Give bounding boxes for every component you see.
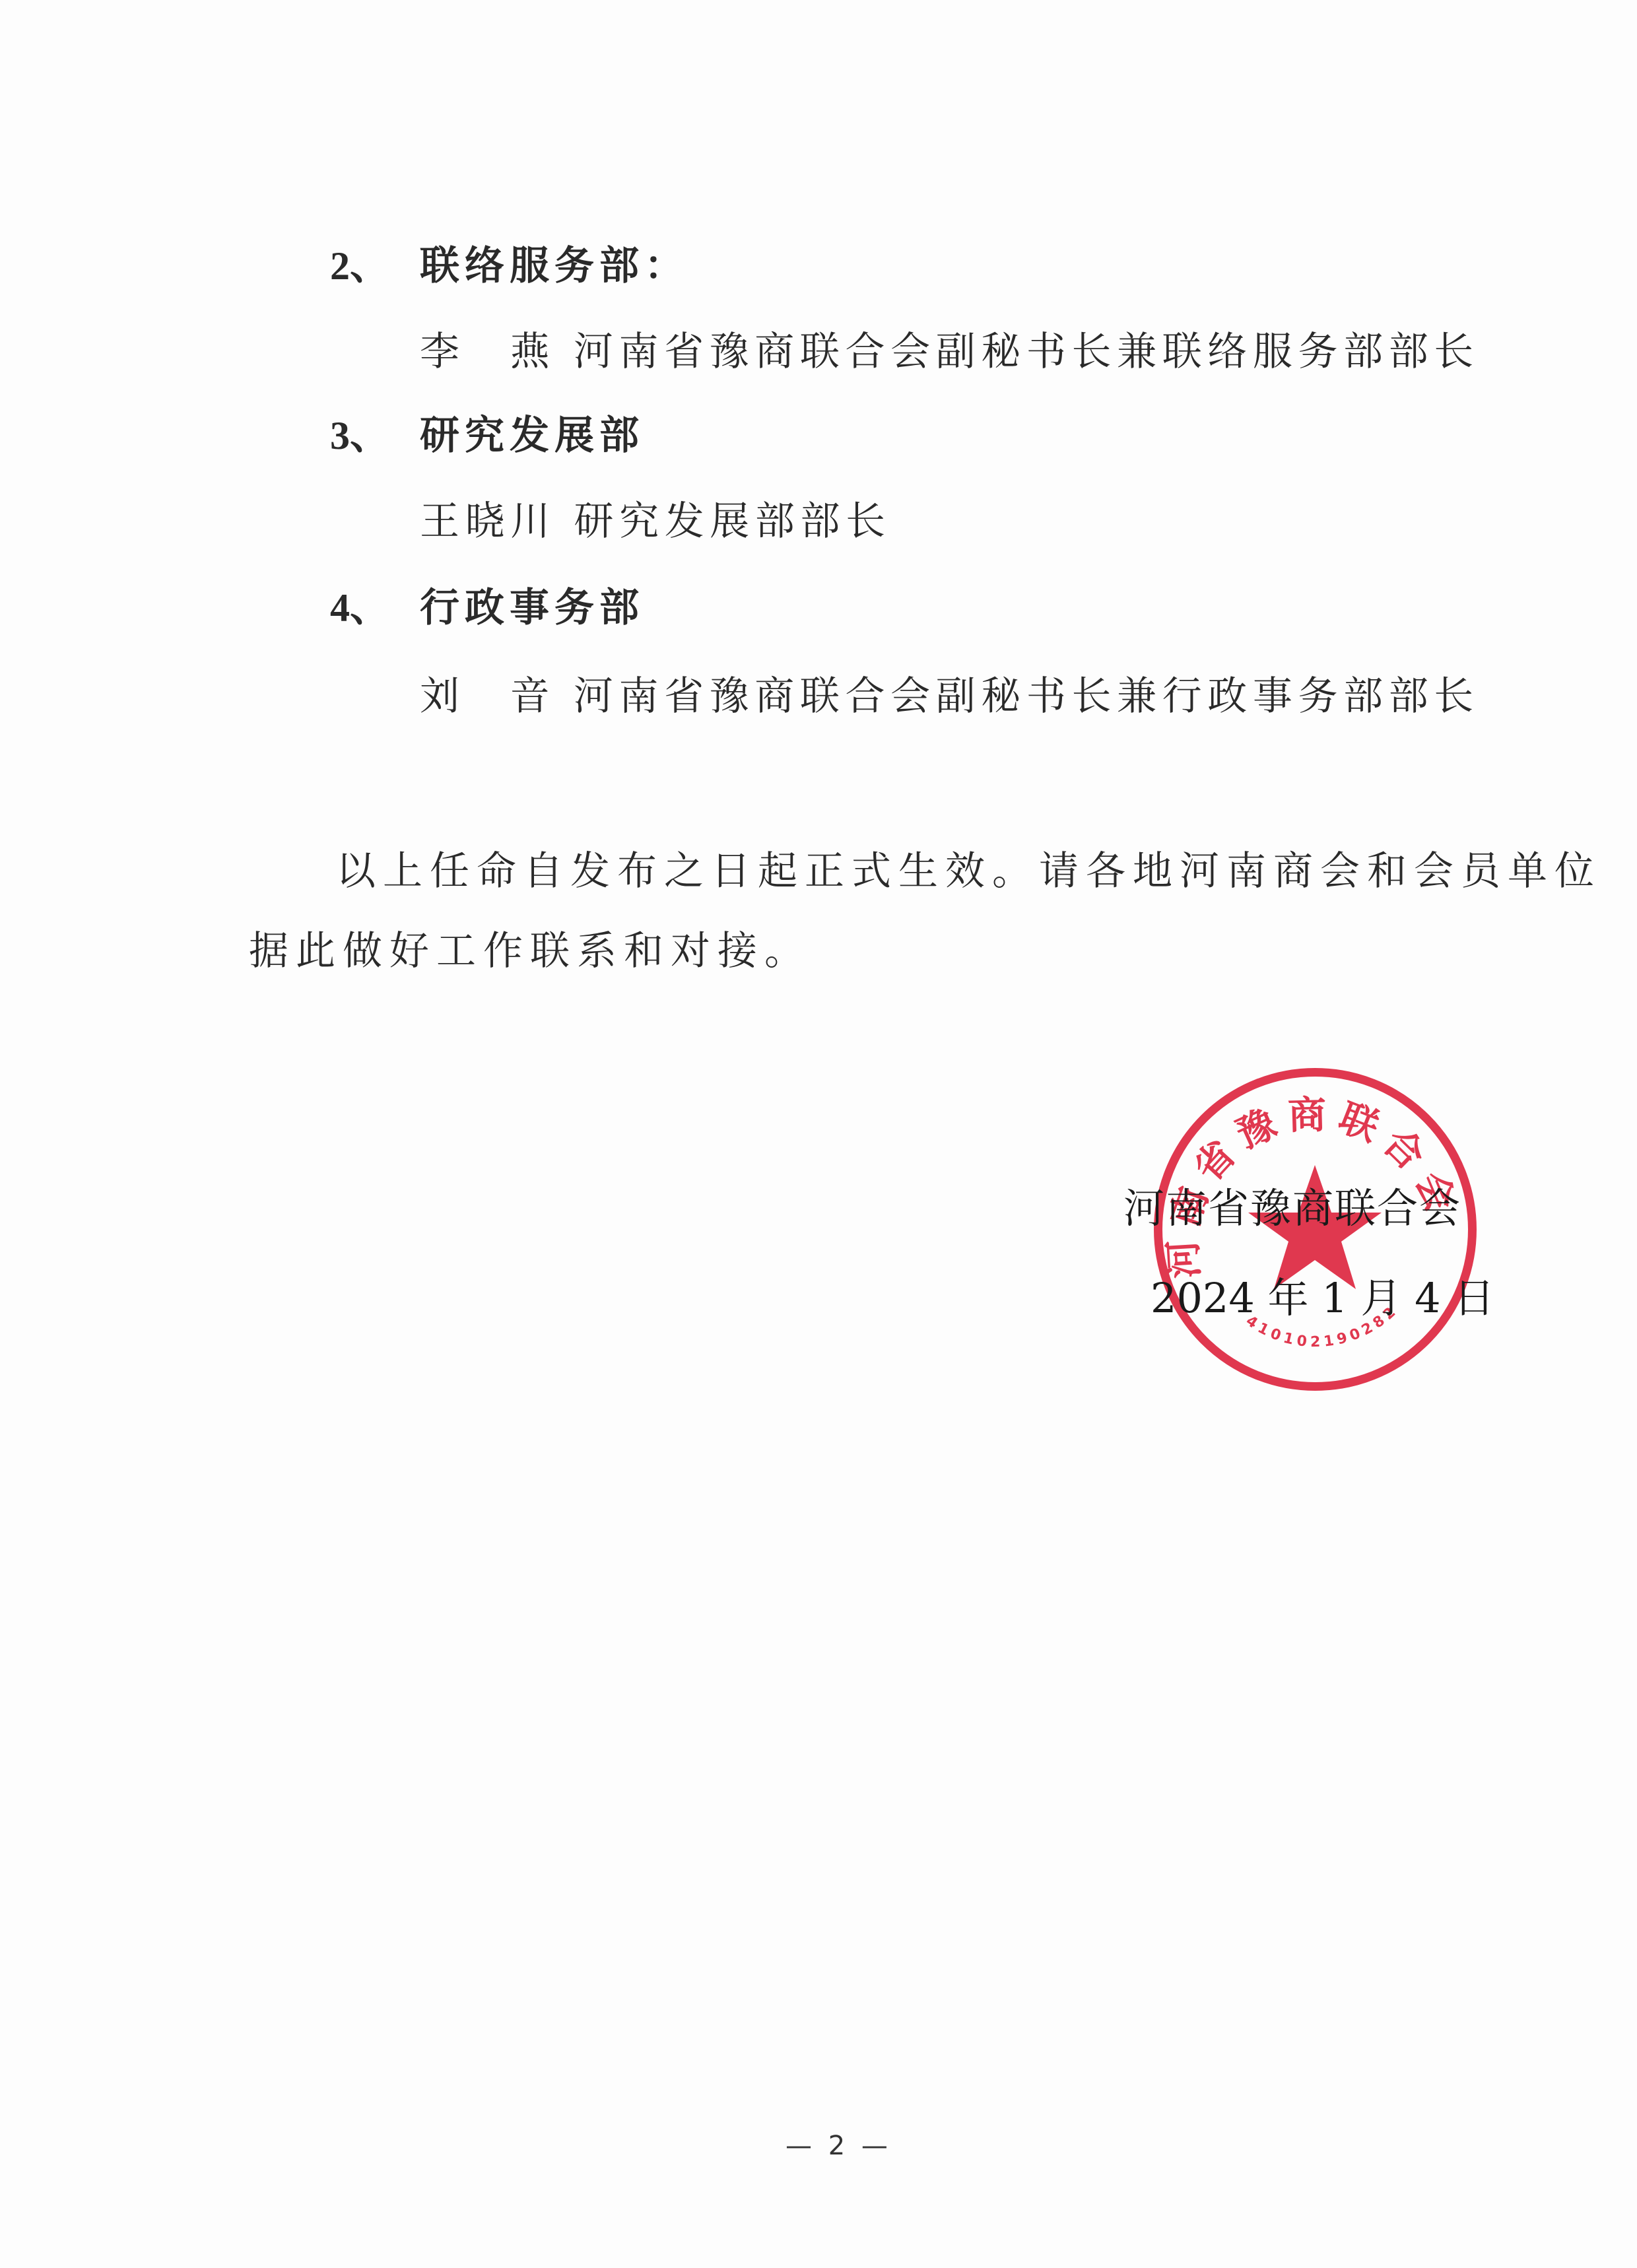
person-name: 李: [420, 329, 465, 375]
person-name: 刘: [420, 673, 465, 719]
closing-paragraph-line1: 以上任命自发布之日起正式生效。请各地河南商会和会员单位: [336, 845, 1601, 898]
section-title: 联络服务部：: [420, 243, 689, 289]
person-name: 音: [510, 673, 556, 719]
appointment-admin: 刘音 河南省豫商联合会副秘书长兼行政事务部部长: [420, 670, 1479, 723]
person-role: 河南省豫商联合会副秘书长兼联络服务部部长: [574, 329, 1479, 375]
section-number: 2、: [330, 240, 420, 292]
section-number: 3、: [330, 409, 420, 462]
person-role: 河南省豫商联合会副秘书长兼行政事务部部长: [574, 673, 1479, 719]
closing-paragraph-line2: 据此做好工作联系和对接。: [249, 925, 811, 978]
signature-date: 2024 年 1 月 4 日: [1151, 1272, 1494, 1325]
signature-organization: 河南省豫商联合会: [1123, 1182, 1461, 1235]
section-title: 研究发展部: [420, 413, 644, 459]
person-role: 研究发展部部长: [574, 498, 891, 545]
section-title: 行政事务部: [420, 585, 644, 631]
appointment-liaison: 李燕 河南省豫商联合会副秘书长兼联络服务部部长: [420, 325, 1479, 378]
person-name: 燕: [510, 329, 556, 375]
section-number: 4、: [330, 582, 420, 634]
section-heading-liaison: 2、联络服务部：: [330, 240, 689, 292]
section-heading-admin: 4、行政事务部: [330, 582, 644, 634]
appointment-research: 王晓川 研究发展部部长: [420, 495, 891, 548]
section-heading-research: 3、研究发展部: [330, 409, 644, 462]
page-number: — 2 —: [785, 2131, 892, 2161]
person-name: 王晓川: [420, 498, 556, 545]
